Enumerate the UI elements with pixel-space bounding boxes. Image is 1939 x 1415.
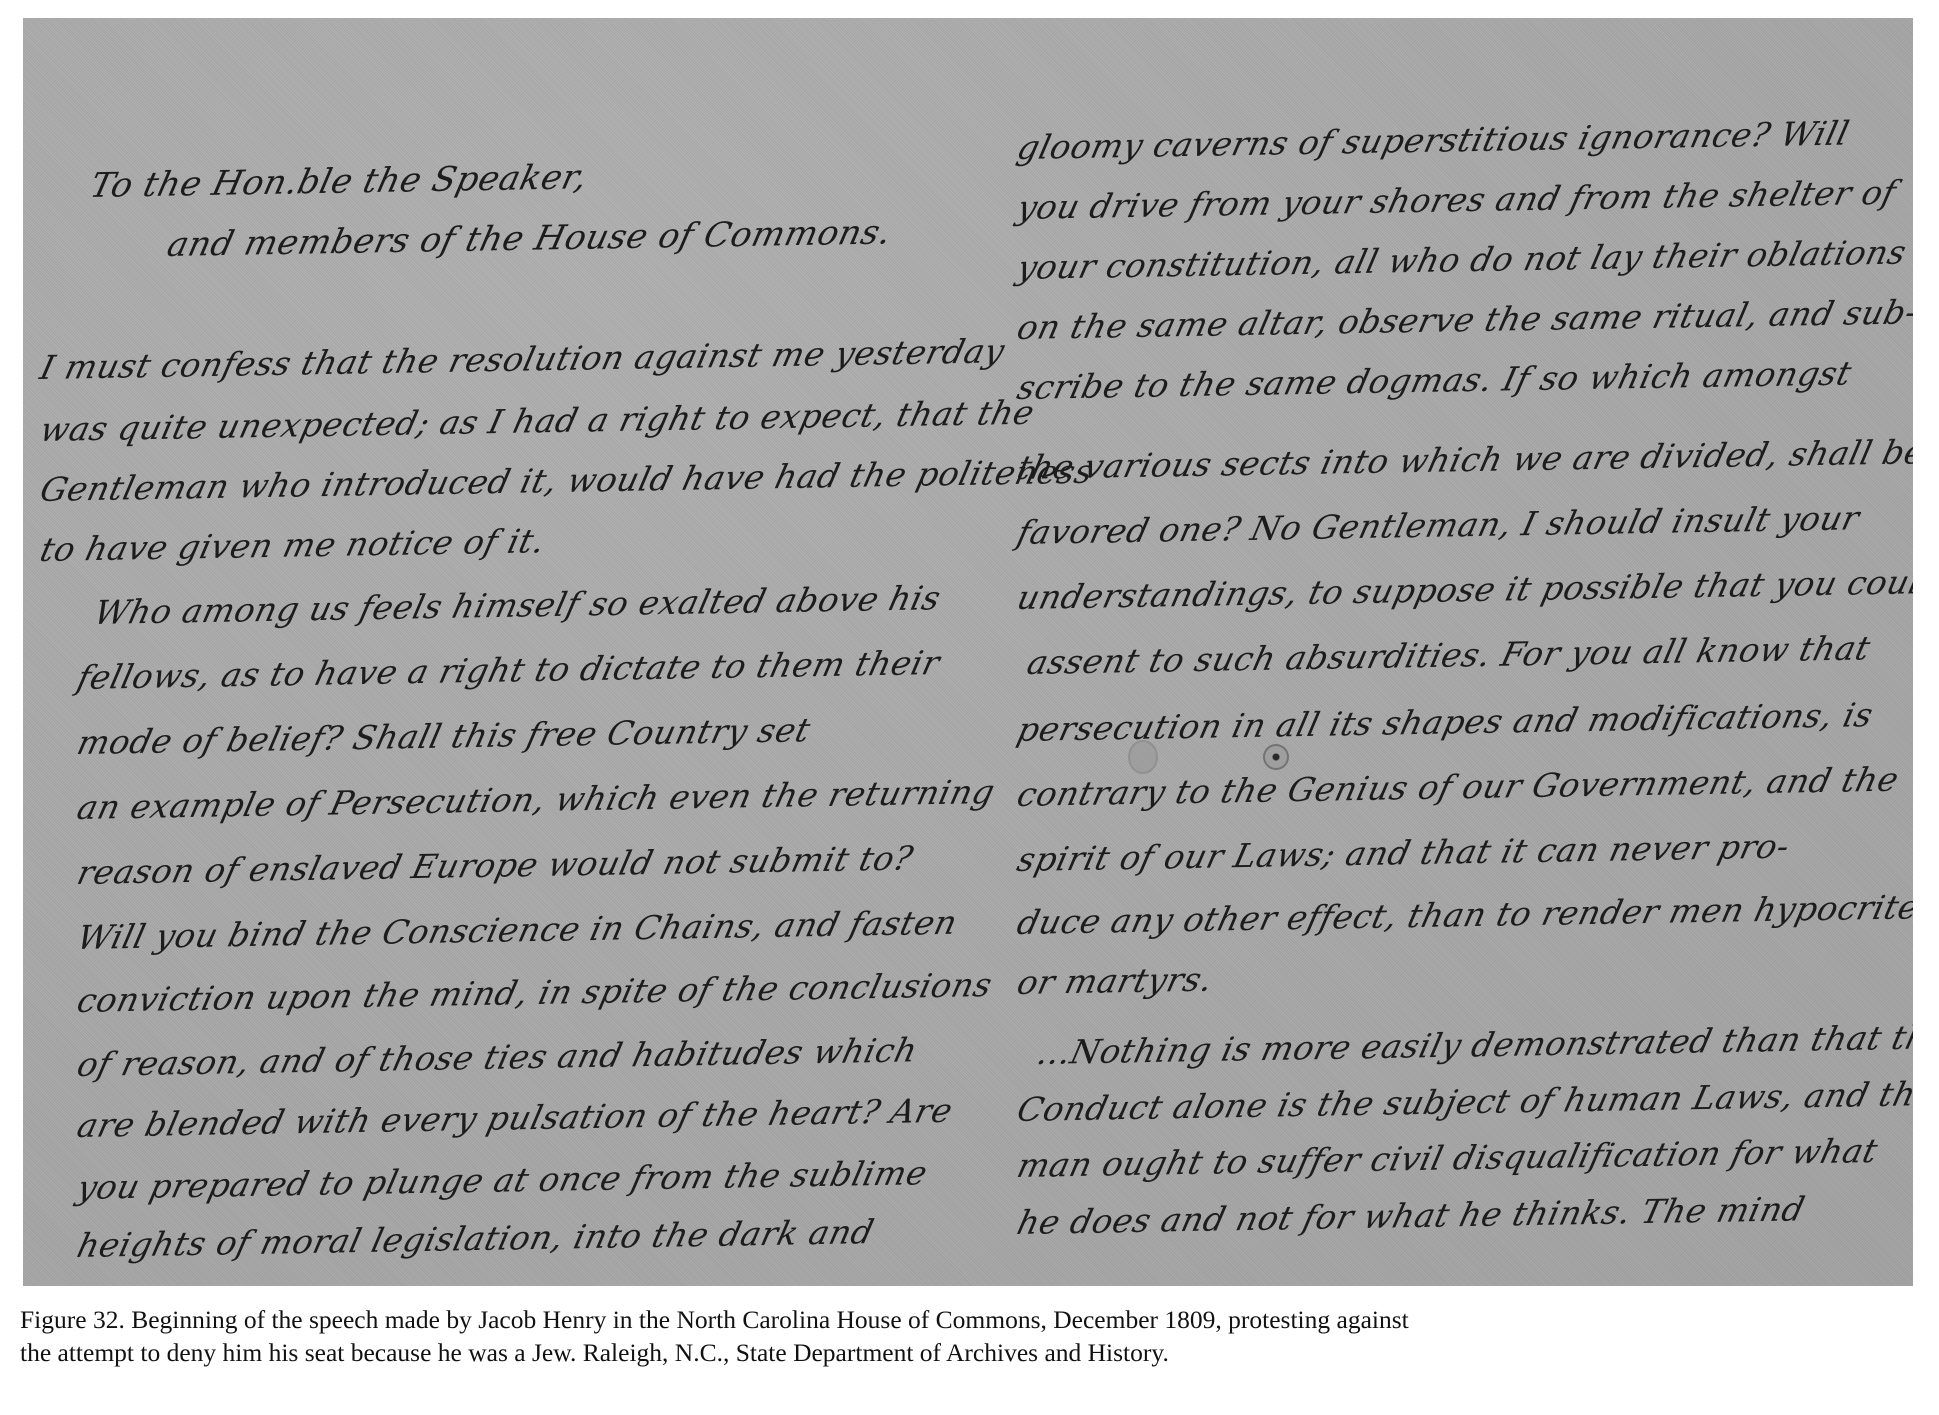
manuscript-line: Will you bind the Conscience in Chains, … — [73, 903, 961, 957]
manuscript-line: Gentleman who introduced it, would have … — [36, 452, 1097, 509]
manuscript-facsimile: To the Hon.ble the Speaker, and members … — [23, 18, 1913, 1286]
manuscript-line: to have given me notice of it. — [36, 521, 549, 569]
manuscript-line: fellows, as to have a right to dictate t… — [73, 643, 943, 697]
manuscript-line: understandings, to suppose it possible t… — [1013, 560, 1913, 617]
manuscript-line: he does and not for what he thinks. The … — [1013, 1189, 1808, 1242]
manuscript-line: on the same altar, observe the same ritu… — [1013, 292, 1913, 347]
figure-caption: Figure 32. Beginning of the speech made … — [20, 1303, 1920, 1369]
manuscript-line: you drive from your shores and from the … — [1013, 173, 1900, 227]
paper-stain — [1128, 740, 1158, 774]
manuscript-line: conviction upon the mind, in spite of th… — [73, 965, 996, 1020]
caption-line-2: the attempt to deny him his seat because… — [20, 1336, 1920, 1369]
manuscript-line: I must confess that the resolution again… — [36, 331, 1008, 387]
manuscript-line: Conduct alone is the subject of human La… — [1013, 1074, 1913, 1129]
manuscript-line: mode of belief? Shall this free Country … — [73, 710, 814, 762]
manuscript-line: was quite unexpected; as I had a right t… — [36, 393, 1038, 449]
manuscript-line: or martyrs. — [1013, 960, 1216, 1002]
manuscript-line: of reason, and of those ties and habitud… — [73, 1030, 921, 1084]
caption-line-1: Figure 32. Beginning of the speech made … — [20, 1303, 1920, 1336]
salutation-line: To the Hon.ble the Speaker, — [86, 157, 591, 206]
ink-spot — [1263, 744, 1289, 770]
manuscript-line: ...Nothing is more easily demonstrated t… — [1033, 1017, 1913, 1072]
manuscript-line: you prepared to plunge at once from the … — [73, 1153, 931, 1207]
manuscript-line: duce any other effect, than to render me… — [1013, 887, 1913, 942]
manuscript-line: assent to such absurdities. For you all … — [1023, 628, 1874, 682]
manuscript-line: reason of enslaved Europe would not subm… — [73, 838, 917, 891]
manuscript-line: your constitution, all who do not lay th… — [1013, 233, 1910, 287]
manuscript-line: Who among us feels himself so exalted ab… — [90, 578, 944, 632]
manuscript-line: favored one? No Gentleman, I should insu… — [1013, 498, 1863, 552]
manuscript-line: spirit of our Laws; and that it can neve… — [1013, 827, 1793, 879]
manuscript-line: the various sects into which we are divi… — [1013, 431, 1913, 487]
salutation-line: and members of the House of Commons. — [163, 212, 895, 265]
manuscript-line: an example of Persecution, which even th… — [73, 772, 998, 827]
manuscript-line: are blended with every pulsation of the … — [73, 1091, 956, 1145]
manuscript-line: heights of moral legislation, into the d… — [73, 1212, 877, 1265]
manuscript-line: gloomy caverns of superstitious ignoranc… — [1013, 114, 1853, 167]
manuscript-line: scribe to the same dogmas. If so which a… — [1013, 354, 1855, 407]
manuscript-line: man ought to suffer civil disqualificati… — [1013, 1131, 1881, 1185]
